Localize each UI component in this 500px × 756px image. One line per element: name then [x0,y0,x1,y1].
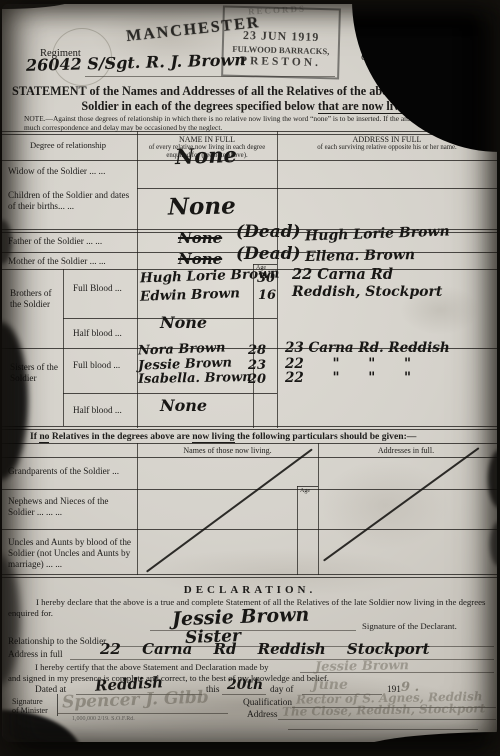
table1-line [0,131,497,132]
table2-age-label: Age [300,488,310,495]
table2-line [297,486,318,487]
table2-row-grandparents-label: Grandparents of the Soldier ... [8,466,119,477]
table1-row-brothers-label: Brothers of the Soldier [10,288,62,310]
table1-sisters-fullblood-label: Full blood ... [73,360,120,371]
day-value-handwriting: 20th [227,677,263,693]
table1-row-father-label: Father of the Soldier ... ... [8,236,102,247]
table1-line [63,393,277,394]
table1-brothers-fullblood-label: Full Blood ... [73,283,122,294]
table1-line [0,426,497,427]
month-value-handwriting: June [312,677,348,693]
minister-address-label: Address [247,710,277,721]
children-value-handwriting: None [168,192,236,220]
extra-blank-line [288,729,478,730]
table2-line [0,529,497,530]
table2-line [0,574,497,575]
table2-intro-no-underlined: no [39,431,49,443]
printer-code: 1,000,000 2/19. S.O.F.Rd. [72,716,135,723]
table1-row-mother-label: Mother of the Soldier ... ... [8,256,106,267]
sister3-age-handwriting: 20 [248,372,266,387]
table2-line [318,443,319,575]
brother2-age-handwriting: 16 [258,288,276,303]
table1-line [137,188,497,189]
table2-intro: If no Relatives in the degrees above are… [30,431,416,442]
certify-name-handwriting: Jessie Brown [315,658,409,675]
table1-row-widow-label: Widow of the Soldier ... ... [8,166,105,177]
regiment-line [85,76,335,77]
table1-line [63,269,64,426]
minister-signature-label-line1: Signature [12,697,43,706]
address-in-full-line [70,659,494,660]
table2-line [0,443,497,444]
brother1-age-handwriting: 30 [257,271,275,286]
mother-none-struck-handwriting: None [178,250,222,268]
table2-line [0,577,497,578]
widow-value-handwriting: None [175,142,238,169]
relationship-label: Relationship to the Soldier [8,636,106,647]
table2-line [0,457,497,458]
table1-line [0,429,497,430]
sister3-name-handwriting: Isabella. Brown [138,370,252,387]
day-of-label: day of [270,685,294,696]
table2-row-uncles-label: Uncles and Aunts by blood of the Soldier… [8,537,136,570]
form-title-line2-pre: Soldier in each of the degrees specified… [81,99,318,113]
table1-col3-subheader: of each surviving relative opposite his … [290,144,484,152]
day-line [222,694,266,695]
sister1-address-handwriting: 23 Carna Rd. Reddish [285,340,450,356]
table2-line [137,443,138,575]
declarant-signature-label: Signature of the Declarant. [362,621,457,631]
declarant-signature-line [150,630,356,631]
declaration-heading: DECLARATION. [0,584,500,597]
table1-brothers-halfblood-label: Half blood ... [73,328,122,339]
date-stamp-date: 23 JUN 1919 [224,28,338,46]
table1-row-children-label: Children of the Soldier and dates of the… [8,190,134,212]
table2-names-header: Names of those now living. [137,446,318,455]
address-in-full-value-handwriting: 22 Carna Rd Reddish Stockport [100,640,430,658]
table2-row-nephews-label: Nephews and Nieces of the Soldier ... ..… [8,496,134,518]
table2-intro-nowliving-underlined: now living [192,431,234,443]
father-dead-handwriting: (Dead) [236,222,301,242]
table1-col1-header: Degree of relationship [4,141,132,151]
sister1-age-handwriting: 28 [248,343,266,358]
sisters-halfblood-value-handwriting: None [160,396,207,415]
minister-address-line [278,719,496,720]
brothers-halfblood-value-handwriting: None [160,313,207,332]
table2-intro-post: the following particulars should be give… [235,431,417,442]
brother1-address-handwriting: 22 Carna Rd [292,266,393,283]
mother-name-handwriting: Ellena. Brown [305,247,415,265]
certify-line2: and signed in my presence is complete an… [8,673,329,683]
certify-line1: I hereby certify that the above Statemen… [35,662,269,672]
table2-intro-mid: Relatives in the degrees above are [49,431,192,442]
minister-signature-line [58,713,228,714]
father-none-struck-handwriting: None [178,229,222,247]
sister3-address-handwriting: 22 " " " [285,370,411,386]
brother2-address-handwriting: Reddish, Stockport [292,284,442,300]
table1-sisters-halfblood-label: Half blood ... [73,405,122,416]
mother-dead-handwriting: (Dead) [236,244,301,264]
table2-line [297,486,298,575]
table2-intro-pre: If [30,431,39,442]
